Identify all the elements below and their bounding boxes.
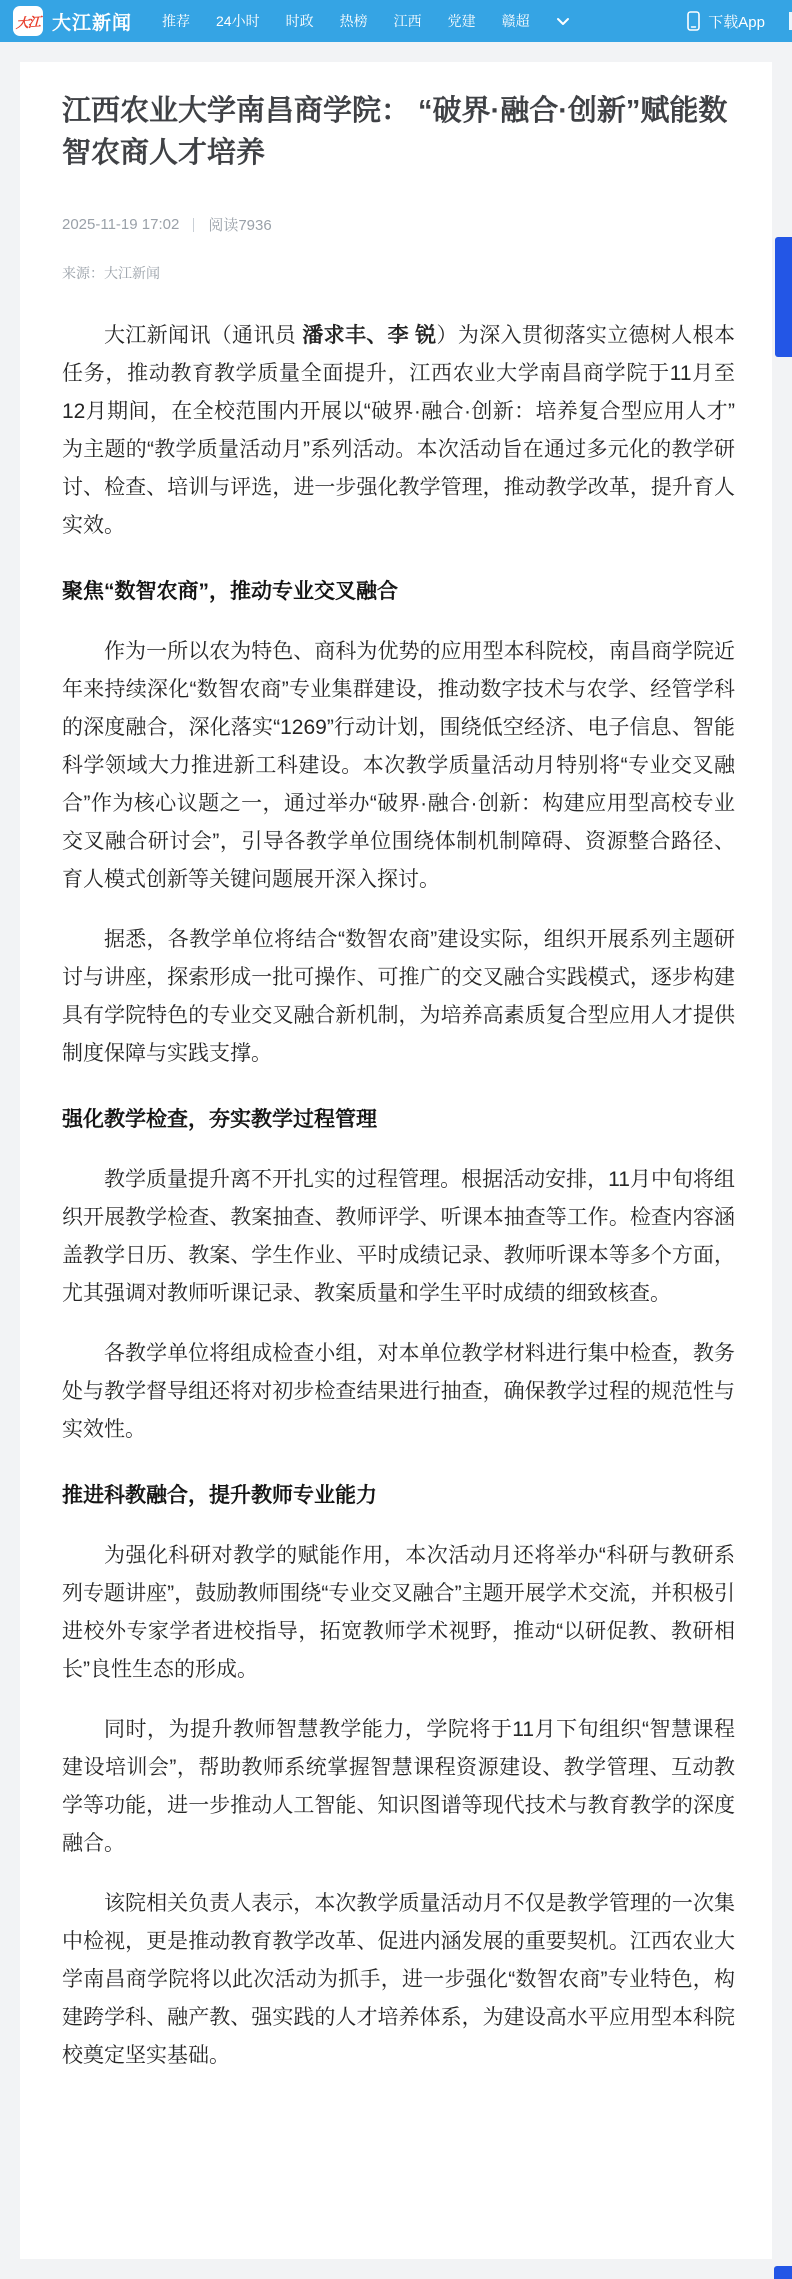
article-paragraph: 大江新闻讯（通讯员 潘求丰、李 锐）为深入贯彻落实立德树人根本任务，推动教育教学… [62, 317, 735, 545]
nav-item-ganchao[interactable]: 赣超 [502, 11, 530, 31]
brand-logo[interactable]: 大江 [13, 6, 43, 36]
article-title: 江西农业大学南昌商学院： “破界·融合·创新”赋能数智农商人才培养 [62, 90, 735, 174]
article-paragraph: 教学质量提升离不开扎实的过程管理。根据活动安排，11月中旬将组织开展教学检查、教… [62, 1161, 735, 1313]
nav-item-party-building[interactable]: 党建 [448, 11, 476, 31]
article-meta-row: 2025-11-19 17:02 阅读7936 [62, 214, 735, 235]
article-paragraph: 据悉，各教学单位将结合“数智农商”建设实际，组织开展系列主题研讨与讲座，探索形成… [62, 921, 735, 1073]
article-card: 江西农业大学南昌商学院： “破界·融合·创新”赋能数智农商人才培养 2025-1… [20, 62, 772, 2259]
nav-item-jiangxi[interactable]: 江西 [394, 11, 422, 31]
publish-date: 2025-11-19 17:02 [62, 216, 179, 233]
article-paragraph: 各教学单位将组成检查小组，对本单位教学材料进行集中检查，教务处与教学督导组还将对… [62, 1335, 735, 1449]
nav-item-recommend[interactable]: 推荐 [162, 11, 190, 31]
header-download-area[interactable]: 下载App [687, 11, 792, 32]
floating-corner-widget-partial[interactable] [774, 2266, 792, 2279]
article-paragraph: 作为一所以农为特色、商科为优势的应用型本科院校，南昌商学院近年来持续深化“数智农… [62, 633, 735, 899]
nav-item-hotlist[interactable]: 热榜 [340, 11, 368, 31]
article-source: 来源：大江新闻 [62, 263, 735, 283]
floating-side-widget-partial[interactable] [775, 237, 792, 357]
view-count: 阅读7936 [208, 214, 271, 235]
nav-item-politics[interactable]: 时政 [286, 11, 314, 31]
meta-divider [193, 218, 194, 232]
app-header: 大江 大江新闻 推荐 24小时 时政 热榜 江西 党建 赣超 下载App [0, 0, 792, 42]
section-heading: 推进科教融合，提升教师专业能力 [62, 1479, 735, 1513]
article-paragraph: 同时，为提升教师智慧教学能力，学院将于11月下旬组织“智慧课程建设培训会”，帮助… [62, 1711, 735, 1863]
main-nav: 推荐 24小时 时政 热榜 江西 党建 赣超 [162, 11, 570, 31]
article-paragraph: 该院相关负责人表示，本次教学质量活动月不仅是教学管理的一次集中检视，更是推动教育… [62, 1885, 735, 2075]
download-app-label: 下载App [708, 11, 765, 32]
brand-title: 大江新闻 [52, 8, 132, 35]
brand-logo-text: 大江 [16, 11, 41, 32]
article-paragraph: 为强化科研对教学的赋能作用，本次活动月还将举办“科研与教研系列专题讲座”，鼓励教… [62, 1537, 735, 1689]
section-heading: 强化教学检查，夯实教学过程管理 [62, 1103, 735, 1137]
nav-more-chevron-down-icon[interactable] [556, 17, 570, 26]
news-article-page: { "header": { "logo_text": "大江", "brand"… [0, 0, 792, 2279]
article-body: 大江新闻讯（通讯员 潘求丰、李 锐）为深入贯彻落实立德树人根本任务，推动教育教学… [62, 317, 735, 2075]
section-heading: 聚焦“数智农商”，推动专业交叉融合 [62, 575, 735, 609]
nav-item-24h[interactable]: 24小时 [216, 11, 260, 31]
phone-icon [687, 11, 700, 31]
